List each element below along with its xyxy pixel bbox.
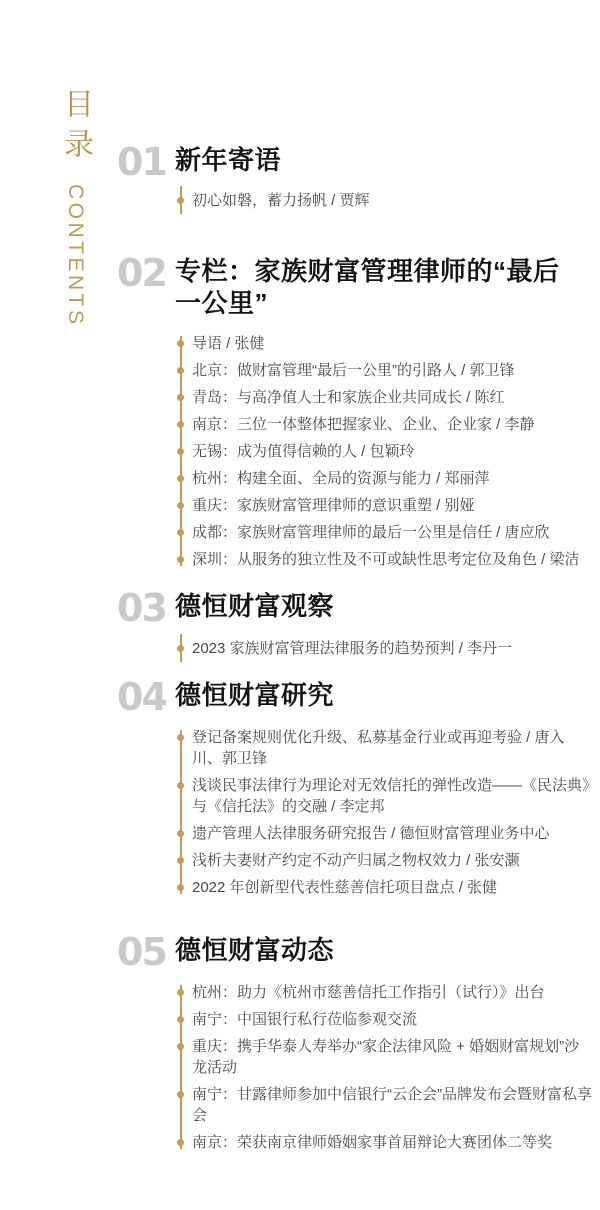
section-header: 04 德恒财富研究 xyxy=(117,679,587,715)
section-title: 德恒财富研究 xyxy=(175,679,334,711)
toc-item-text: 南京：荣获南京律师婚姻家事首届辩论大赛团体二等奖 xyxy=(192,1134,552,1151)
section-title: 专栏：家族财富管理律师的“最后一公里” xyxy=(175,255,583,319)
section-title: 德恒财富动态 xyxy=(175,934,334,966)
bullet-dot-icon xyxy=(177,421,184,428)
toc-item: 重庆：携手华泰人寿举办“家企法律风险 + 婚姻财富规划”沙龙活动 xyxy=(192,1036,592,1078)
bullet-dot-icon xyxy=(177,502,184,509)
bullet-dot-icon xyxy=(177,857,184,864)
bullet-dot-icon xyxy=(177,989,184,996)
section-title: 德恒财富观察 xyxy=(175,590,334,622)
bullet-dot-icon xyxy=(177,884,184,891)
section-header: 05 德恒财富动态 xyxy=(117,934,587,970)
toc-item: 2023 家族财富管理法律服务的趋势预判 / 李丹一 xyxy=(192,638,592,659)
toc-item: 青岛：与高净值人士和家族企业共同成长 / 陈红 xyxy=(192,387,592,408)
toc-item-text: 浅谈民事法律行为理论对无效信托的弹性改造——《民法典》与《信托法》的交融 / 李… xyxy=(192,777,590,815)
bullet-dot-icon xyxy=(177,448,184,455)
bullet-dot-icon xyxy=(177,1139,184,1146)
toc-item-text: 南宁：甘露律师参加中信银行“云企会”品牌发布会暨财富私享会 xyxy=(192,1086,592,1124)
toc-item-text: 初心如磐，蓄力扬帆 / 贾辉 xyxy=(192,192,370,209)
section-item-list: 登记备案规则优化升级、私募基金行业或再迎考验 / 唐入川、郭卫锋 浅谈民事法律行… xyxy=(177,727,592,898)
toc-masthead: 目录 CONTENTS xyxy=(58,88,92,328)
toc-item-text: 杭州：助力《杭州市慈善信托工作指引（试行）》出台 xyxy=(192,984,545,1001)
section-header: 03 德恒财富观察 xyxy=(117,590,587,626)
toc-item-text: 重庆：家族财富管理律师的意识重塑 / 别娅 xyxy=(192,497,475,514)
section-header: 01 新年寄语 xyxy=(117,144,587,180)
toc-item-text: 重庆：携手华泰人寿举办“家企法律风险 + 婚姻财富规划”沙龙活动 xyxy=(192,1038,579,1076)
bullet-dot-icon xyxy=(177,1043,184,1050)
toc-item-text: 无锡：成为值得信赖的人 / 包颖玲 xyxy=(192,443,415,460)
toc-item-text: 2023 家族财富管理法律服务的趋势预判 / 李丹一 xyxy=(192,640,512,657)
toc-item: 导语 / 张健 xyxy=(192,333,592,354)
bullet-dot-icon xyxy=(177,556,184,563)
bullet-dot-icon xyxy=(177,1091,184,1098)
bullet-dot-icon xyxy=(177,394,184,401)
toc-item: 南京：荣获南京律师婚姻家事首届辩论大赛团体二等奖 xyxy=(192,1132,592,1153)
bullet-dot-icon xyxy=(177,830,184,837)
section-item-list: 杭州：助力《杭州市慈善信托工作指引（试行）》出台 南宁：中国银行私行莅临参观交流… xyxy=(177,982,592,1153)
toc-item-text: 成都：家族财富管理律师的最后一公里是信任 / 唐应欣 xyxy=(192,524,550,541)
bullet-dot-icon xyxy=(177,645,184,652)
toc-item-text: 浅析夫妻财产约定不动产归属之物权效力 / 张安灏 xyxy=(192,852,520,869)
toc-item-text: 2022 年创新型代表性慈善信托项目盘点 / 张健 xyxy=(192,879,497,896)
toc-section-04: 04 德恒财富研究 登记备案规则优化升级、私募基金行业或再迎考验 / 唐入川、郭… xyxy=(117,679,587,898)
toc-item: 重庆：家族财富管理律师的意识重塑 / 别娅 xyxy=(192,495,592,516)
bullet-dot-icon xyxy=(177,1016,184,1023)
toc-item: 浅谈民事法律行为理论对无效信托的弹性改造——《民法典》与《信托法》的交融 / 李… xyxy=(192,775,592,817)
toc-item-text: 杭州：构建全面、全局的资源与能力 / 郑丽萍 xyxy=(192,470,490,487)
toc-item-text: 深圳：从服务的独立性及不可或缺性思考定位及角色 / 梁洁 xyxy=(192,551,580,568)
section-number: 04 xyxy=(117,679,175,715)
section-number: 05 xyxy=(117,934,175,970)
bullet-dot-icon xyxy=(177,340,184,347)
toc-title-cn: 目录 xyxy=(59,88,92,168)
toc-item: 登记备案规则优化升级、私募基金行业或再迎考验 / 唐入川、郭卫锋 xyxy=(192,727,592,769)
toc-item-text: 南京：三位一体整体把握家业、企业、企业家 / 李静 xyxy=(192,416,535,433)
bullet-dot-icon xyxy=(177,367,184,374)
toc-item-text: 登记备案规则优化升级、私募基金行业或再迎考验 / 唐入川、郭卫锋 xyxy=(192,729,565,767)
toc-item-text: 青岛：与高净值人士和家族企业共同成长 / 陈红 xyxy=(192,389,505,406)
toc-item: 杭州：助力《杭州市慈善信托工作指引（试行）》出台 xyxy=(192,982,592,1003)
timeline-line xyxy=(180,730,182,894)
toc-item: 北京：做财富管理“最后一公里”的引路人 / 郭卫锋 xyxy=(192,360,592,381)
toc-item-text: 南宁：中国银行私行莅临参观交流 xyxy=(192,1011,417,1028)
toc-item: 2022 年创新型代表性慈善信托项目盘点 / 张健 xyxy=(192,877,592,898)
toc-item-text: 导语 / 张健 xyxy=(192,335,265,352)
section-number: 03 xyxy=(117,590,175,626)
toc-section-05: 05 德恒财富动态 杭州：助力《杭州市慈善信托工作指引（试行）》出台 南宁：中国… xyxy=(117,934,587,1153)
section-item-list: 初心如磐，蓄力扬帆 / 贾辉 xyxy=(177,190,592,211)
toc-content: 01 新年寄语 初心如磐，蓄力扬帆 / 贾辉 02 专栏：家族财富管理律师的“最… xyxy=(117,144,587,1153)
toc-item: 无锡：成为值得信赖的人 / 包颖玲 xyxy=(192,441,592,462)
toc-title-en: CONTENTS xyxy=(64,184,87,328)
toc-item-text: 北京：做财富管理“最后一公里”的引路人 / 郭卫锋 xyxy=(192,362,515,379)
section-number: 02 xyxy=(117,255,175,291)
toc-item: 南京：三位一体整体把握家业、企业、企业家 / 李静 xyxy=(192,414,592,435)
section-item-list: 导语 / 张健 北京：做财富管理“最后一公里”的引路人 / 郭卫锋 青岛：与高净… xyxy=(177,333,592,570)
toc-item: 浅析夫妻财产约定不动产归属之物权效力 / 张安灏 xyxy=(192,850,592,871)
bullet-dot-icon xyxy=(177,475,184,482)
section-item-list: 2023 家族财富管理法律服务的趋势预判 / 李丹一 xyxy=(177,638,592,659)
bullet-dot-icon xyxy=(177,782,184,789)
toc-item-text: 遗产管理人法律服务研究报告 / 德恒财富管理业务中心 xyxy=(192,825,550,842)
toc-section-02: 02 专栏：家族财富管理律师的“最后一公里” 导语 / 张健 北京：做财富管理“… xyxy=(117,255,587,570)
toc-section-03: 03 德恒财富观察 2023 家族财富管理法律服务的趋势预判 / 李丹一 xyxy=(117,590,587,659)
timeline-line xyxy=(180,985,182,1149)
toc-item: 遗产管理人法律服务研究报告 / 德恒财富管理业务中心 xyxy=(192,823,592,844)
section-header: 02 专栏：家族财富管理律师的“最后一公里” xyxy=(117,255,587,319)
toc-item: 深圳：从服务的独立性及不可或缺性思考定位及角色 / 梁洁 xyxy=(192,549,592,570)
toc-item: 杭州：构建全面、全局的资源与能力 / 郑丽萍 xyxy=(192,468,592,489)
toc-item: 南宁：甘露律师参加中信银行“云企会”品牌发布会暨财富私享会 xyxy=(192,1084,592,1126)
section-number: 01 xyxy=(117,144,175,180)
toc-item: 成都：家族财富管理律师的最后一公里是信任 / 唐应欣 xyxy=(192,522,592,543)
toc-item: 南宁：中国银行私行莅临参观交流 xyxy=(192,1009,592,1030)
toc-section-01: 01 新年寄语 初心如磐，蓄力扬帆 / 贾辉 xyxy=(117,144,587,211)
bullet-dot-icon xyxy=(177,529,184,536)
toc-item: 初心如磐，蓄力扬帆 / 贾辉 xyxy=(192,190,592,211)
bullet-dot-icon xyxy=(177,734,184,741)
section-title: 新年寄语 xyxy=(175,144,281,176)
bullet-dot-icon xyxy=(177,197,184,204)
